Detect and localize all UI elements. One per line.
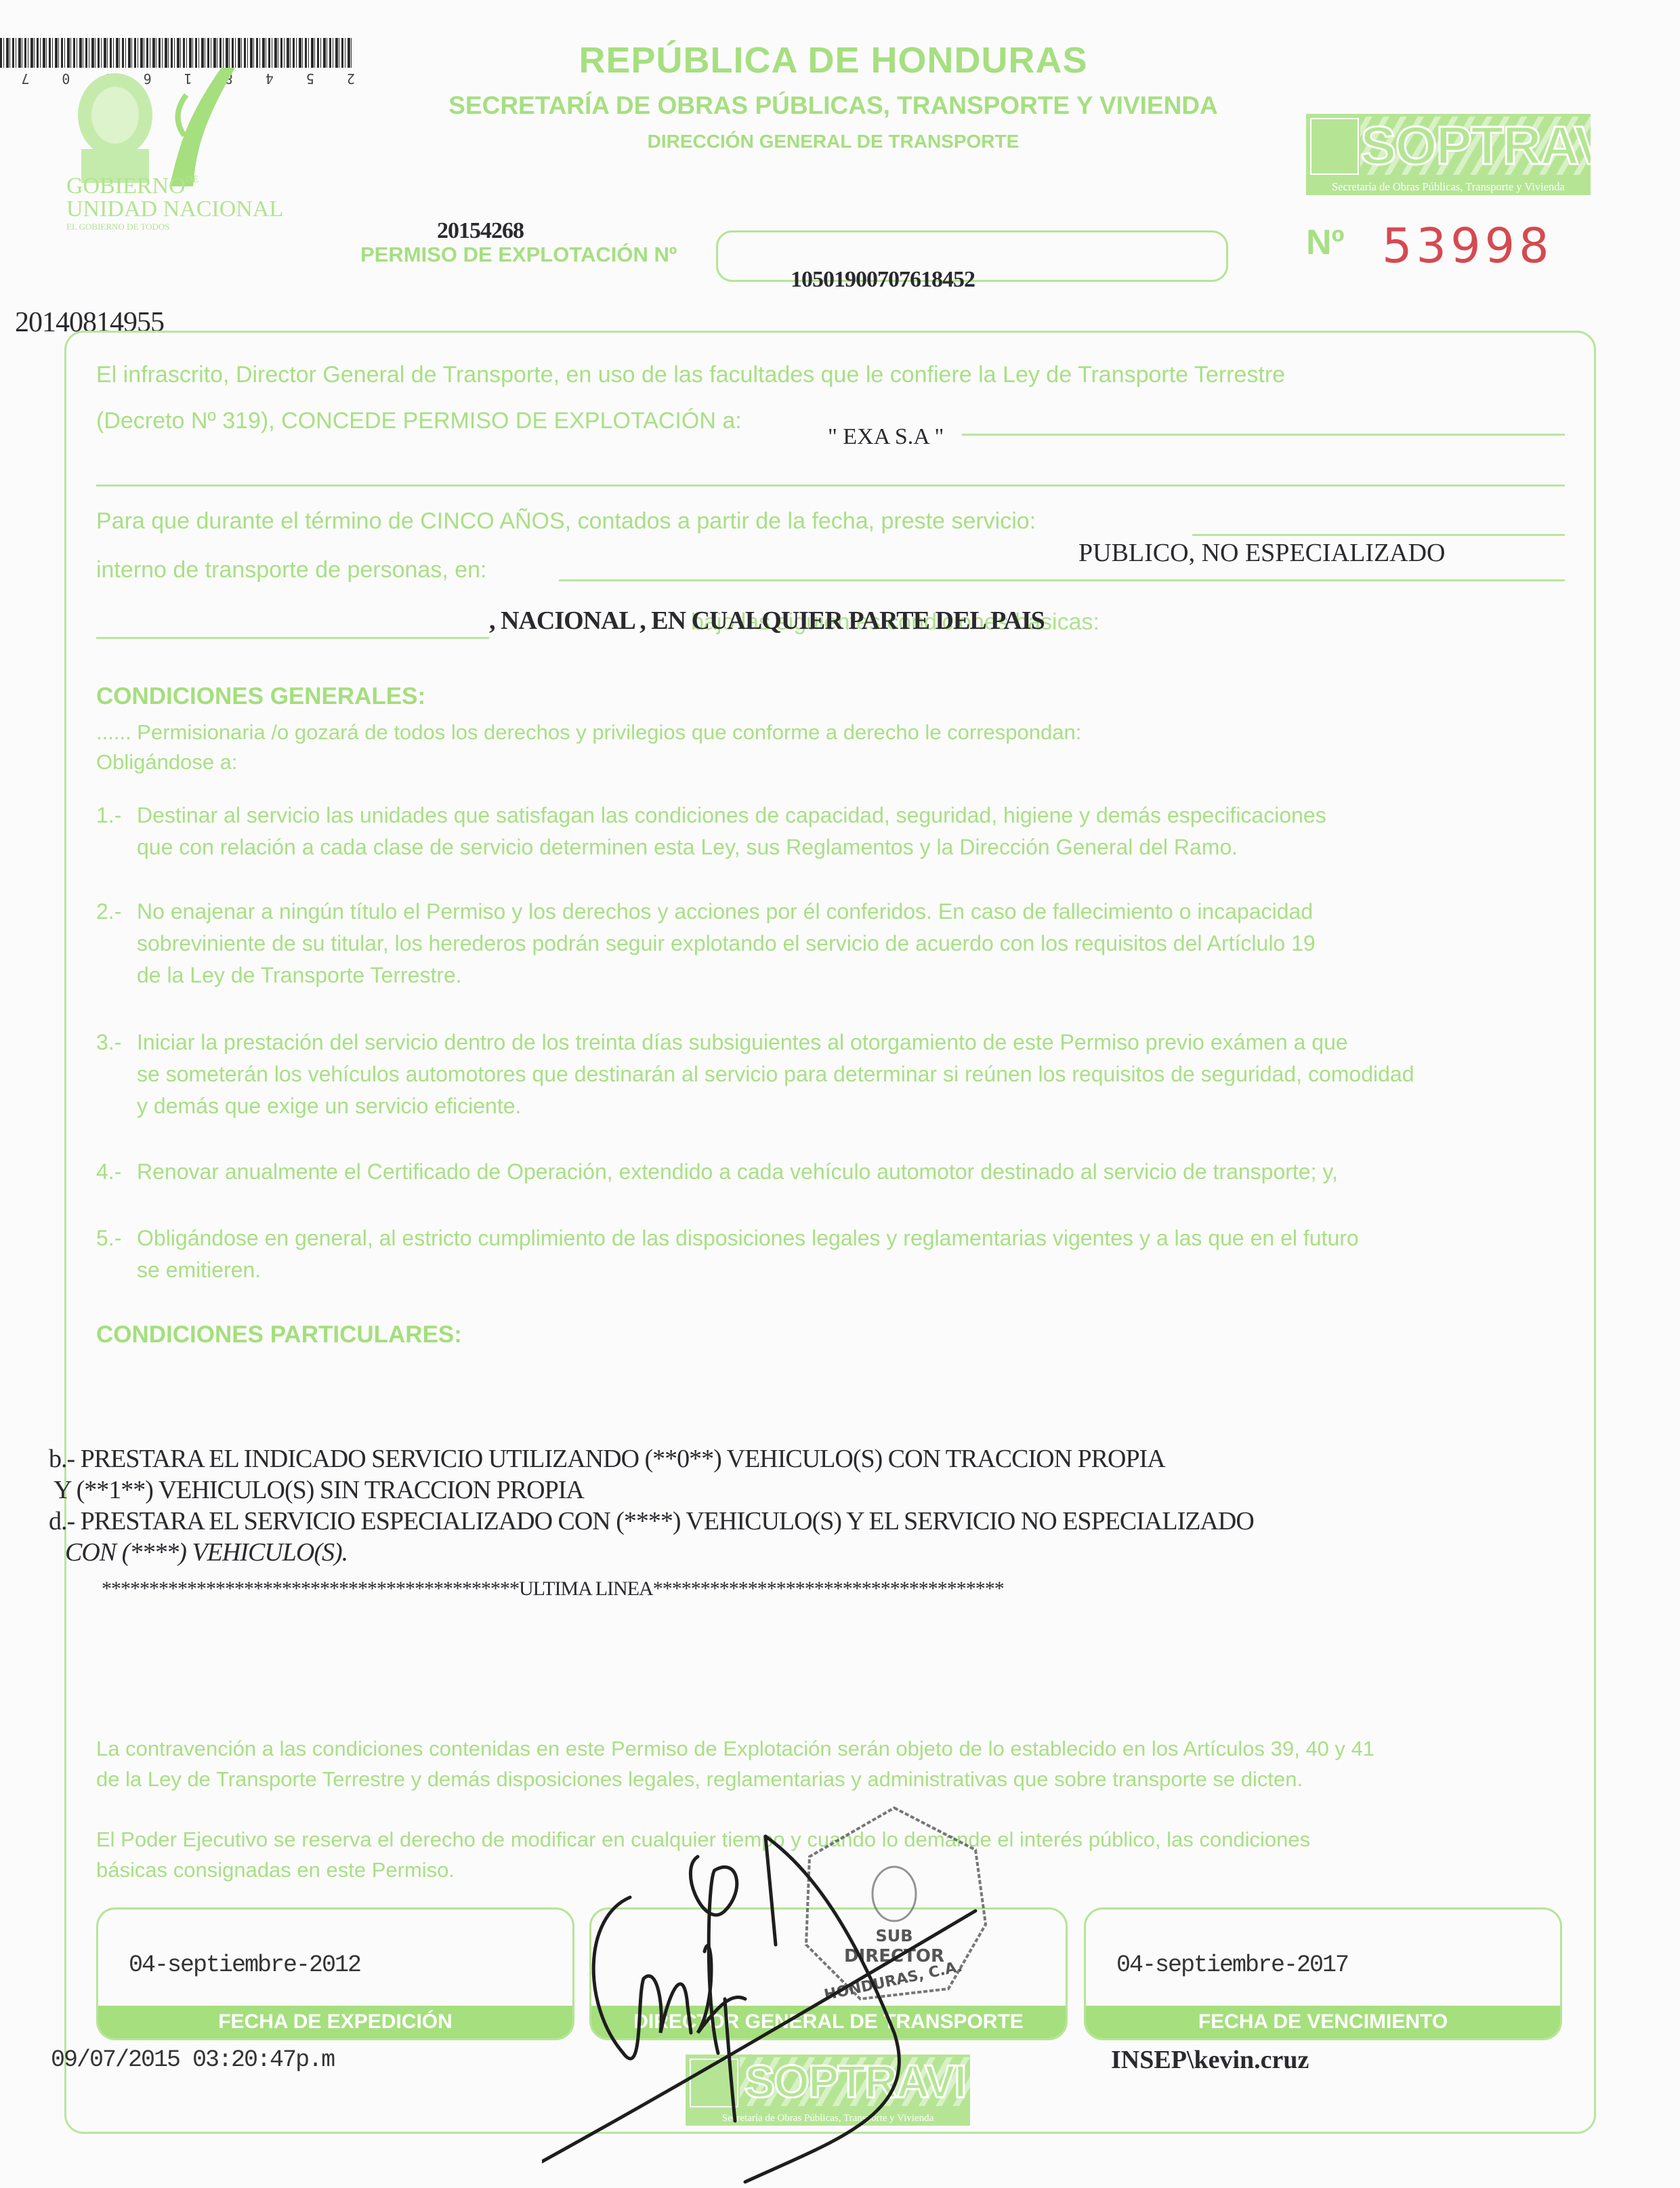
shovel-emblem-icon	[1310, 118, 1359, 175]
condition-item-3: 3.-Iniciar la prestación del servicio de…	[96, 1027, 1566, 1122]
header-subtitle: SECRETARÍA DE OBRAS PÚBLICAS, TRANSPORTE…	[379, 91, 1287, 120]
printed-user: INSEP\kevin.cruz	[1111, 2045, 1309, 2075]
expiry-date-box: 04-septiembre-2017 FECHA DE VENCIMIENTO	[1084, 1907, 1562, 2040]
general-conditions-title: CONDICIONES GENERALES:	[96, 683, 425, 710]
signature-icon	[542, 1830, 1030, 2188]
document-number: 53998	[1382, 222, 1553, 270]
condition-item-2: 2.-No enajenar a ningún título el Permis…	[96, 896, 1566, 991]
general-preamble-2: Obligándose a:	[96, 749, 238, 776]
particular-line-1: b.- PRESTARA EL INDICADO SERVICIO UTILIZ…	[49, 1443, 1165, 1474]
interno-line: interno de transporte de personas, en:	[96, 556, 487, 585]
header-department: DIRECCIÓN GENERAL DE TRANSPORTE	[379, 131, 1287, 152]
government-emblem-icon	[68, 68, 237, 186]
issue-date-box: 04-septiembre-2012 FECHA DE EXPEDICIÓN	[96, 1907, 574, 2040]
scope-typed: , NACIONAL , EN CUALQUIER PARTE DEL PAIS	[489, 606, 1045, 636]
term-line: Para que durante el término de CINCO AÑO…	[96, 507, 1036, 536]
soptravi-logo: SOPTRAVI Secretaría de Obras Públicas, T…	[1306, 114, 1591, 195]
particular-line-2: Y (**1**) VEHICULO(S) SIN TRACCION PROPI…	[49, 1474, 584, 1506]
intro-line-1: El infrascrito, Director General de Tran…	[96, 360, 1285, 390]
expiry-date-label: FECHA DE VENCIMIENTO	[1086, 2006, 1560, 2038]
footer-paragraph-1: La contravención a las condiciones conte…	[96, 1733, 1566, 1794]
grantee-line	[962, 434, 1565, 436]
issue-date: 04-septiembre-2012	[129, 1952, 360, 1979]
grantee-name: " EXA S.A "	[828, 424, 944, 450]
condition-item-4: 4.-Renovar anualmente el Certificado de …	[96, 1156, 1566, 1188]
permit-top-code: 20154268	[437, 218, 524, 244]
permit-label: PERMISO DE EXPLOTACIÓN Nº	[360, 243, 677, 267]
document-number-label: Nº	[1306, 222, 1345, 263]
particular-line-3: d.- PRESTARA EL SERVICIO ESPECIALIZADO C…	[49, 1506, 1254, 1537]
intro-line-2: (Decreto Nº 319), CONCEDE PERMISO DE EXP…	[96, 407, 742, 436]
barcode	[0, 38, 352, 68]
government-logo-text: GOBIERNODE UNIDAD NACIONAL EL GOBIERNO D…	[66, 175, 283, 231]
issue-date-label: FECHA DE EXPEDICIÓN	[98, 2006, 572, 2038]
service-line-bottom	[559, 579, 1565, 581]
service-line-top	[1192, 534, 1565, 536]
general-preamble-1: ...... Permisionaria /o gozará de todos …	[96, 720, 1081, 746]
header-title: REPÚBLICA DE HONDURAS	[379, 39, 1287, 81]
scope-line	[96, 637, 489, 639]
particular-line-4: CON (****) VEHICULO(S).	[65, 1537, 348, 1568]
blank-line	[96, 484, 1565, 487]
expiry-date: 04-septiembre-2017	[1116, 1952, 1348, 1979]
condition-item-1: 1.-Destinar al servicio las unidades que…	[96, 800, 1566, 863]
permit-number: 10501900707618452	[791, 267, 975, 293]
particular-conditions-title: CONDICIONES PARTICULARES:	[96, 1321, 462, 1348]
last-line-marker: ****************************************…	[102, 1573, 1004, 1605]
service-type: PUBLICO, NO ESPECIALIZADO	[1078, 538, 1446, 568]
printed-timestamp: 09/07/2015 03:20:47p.m	[51, 2046, 334, 2073]
condition-item-5: 5.-Obligándose en general, al estricto c…	[96, 1222, 1566, 1286]
